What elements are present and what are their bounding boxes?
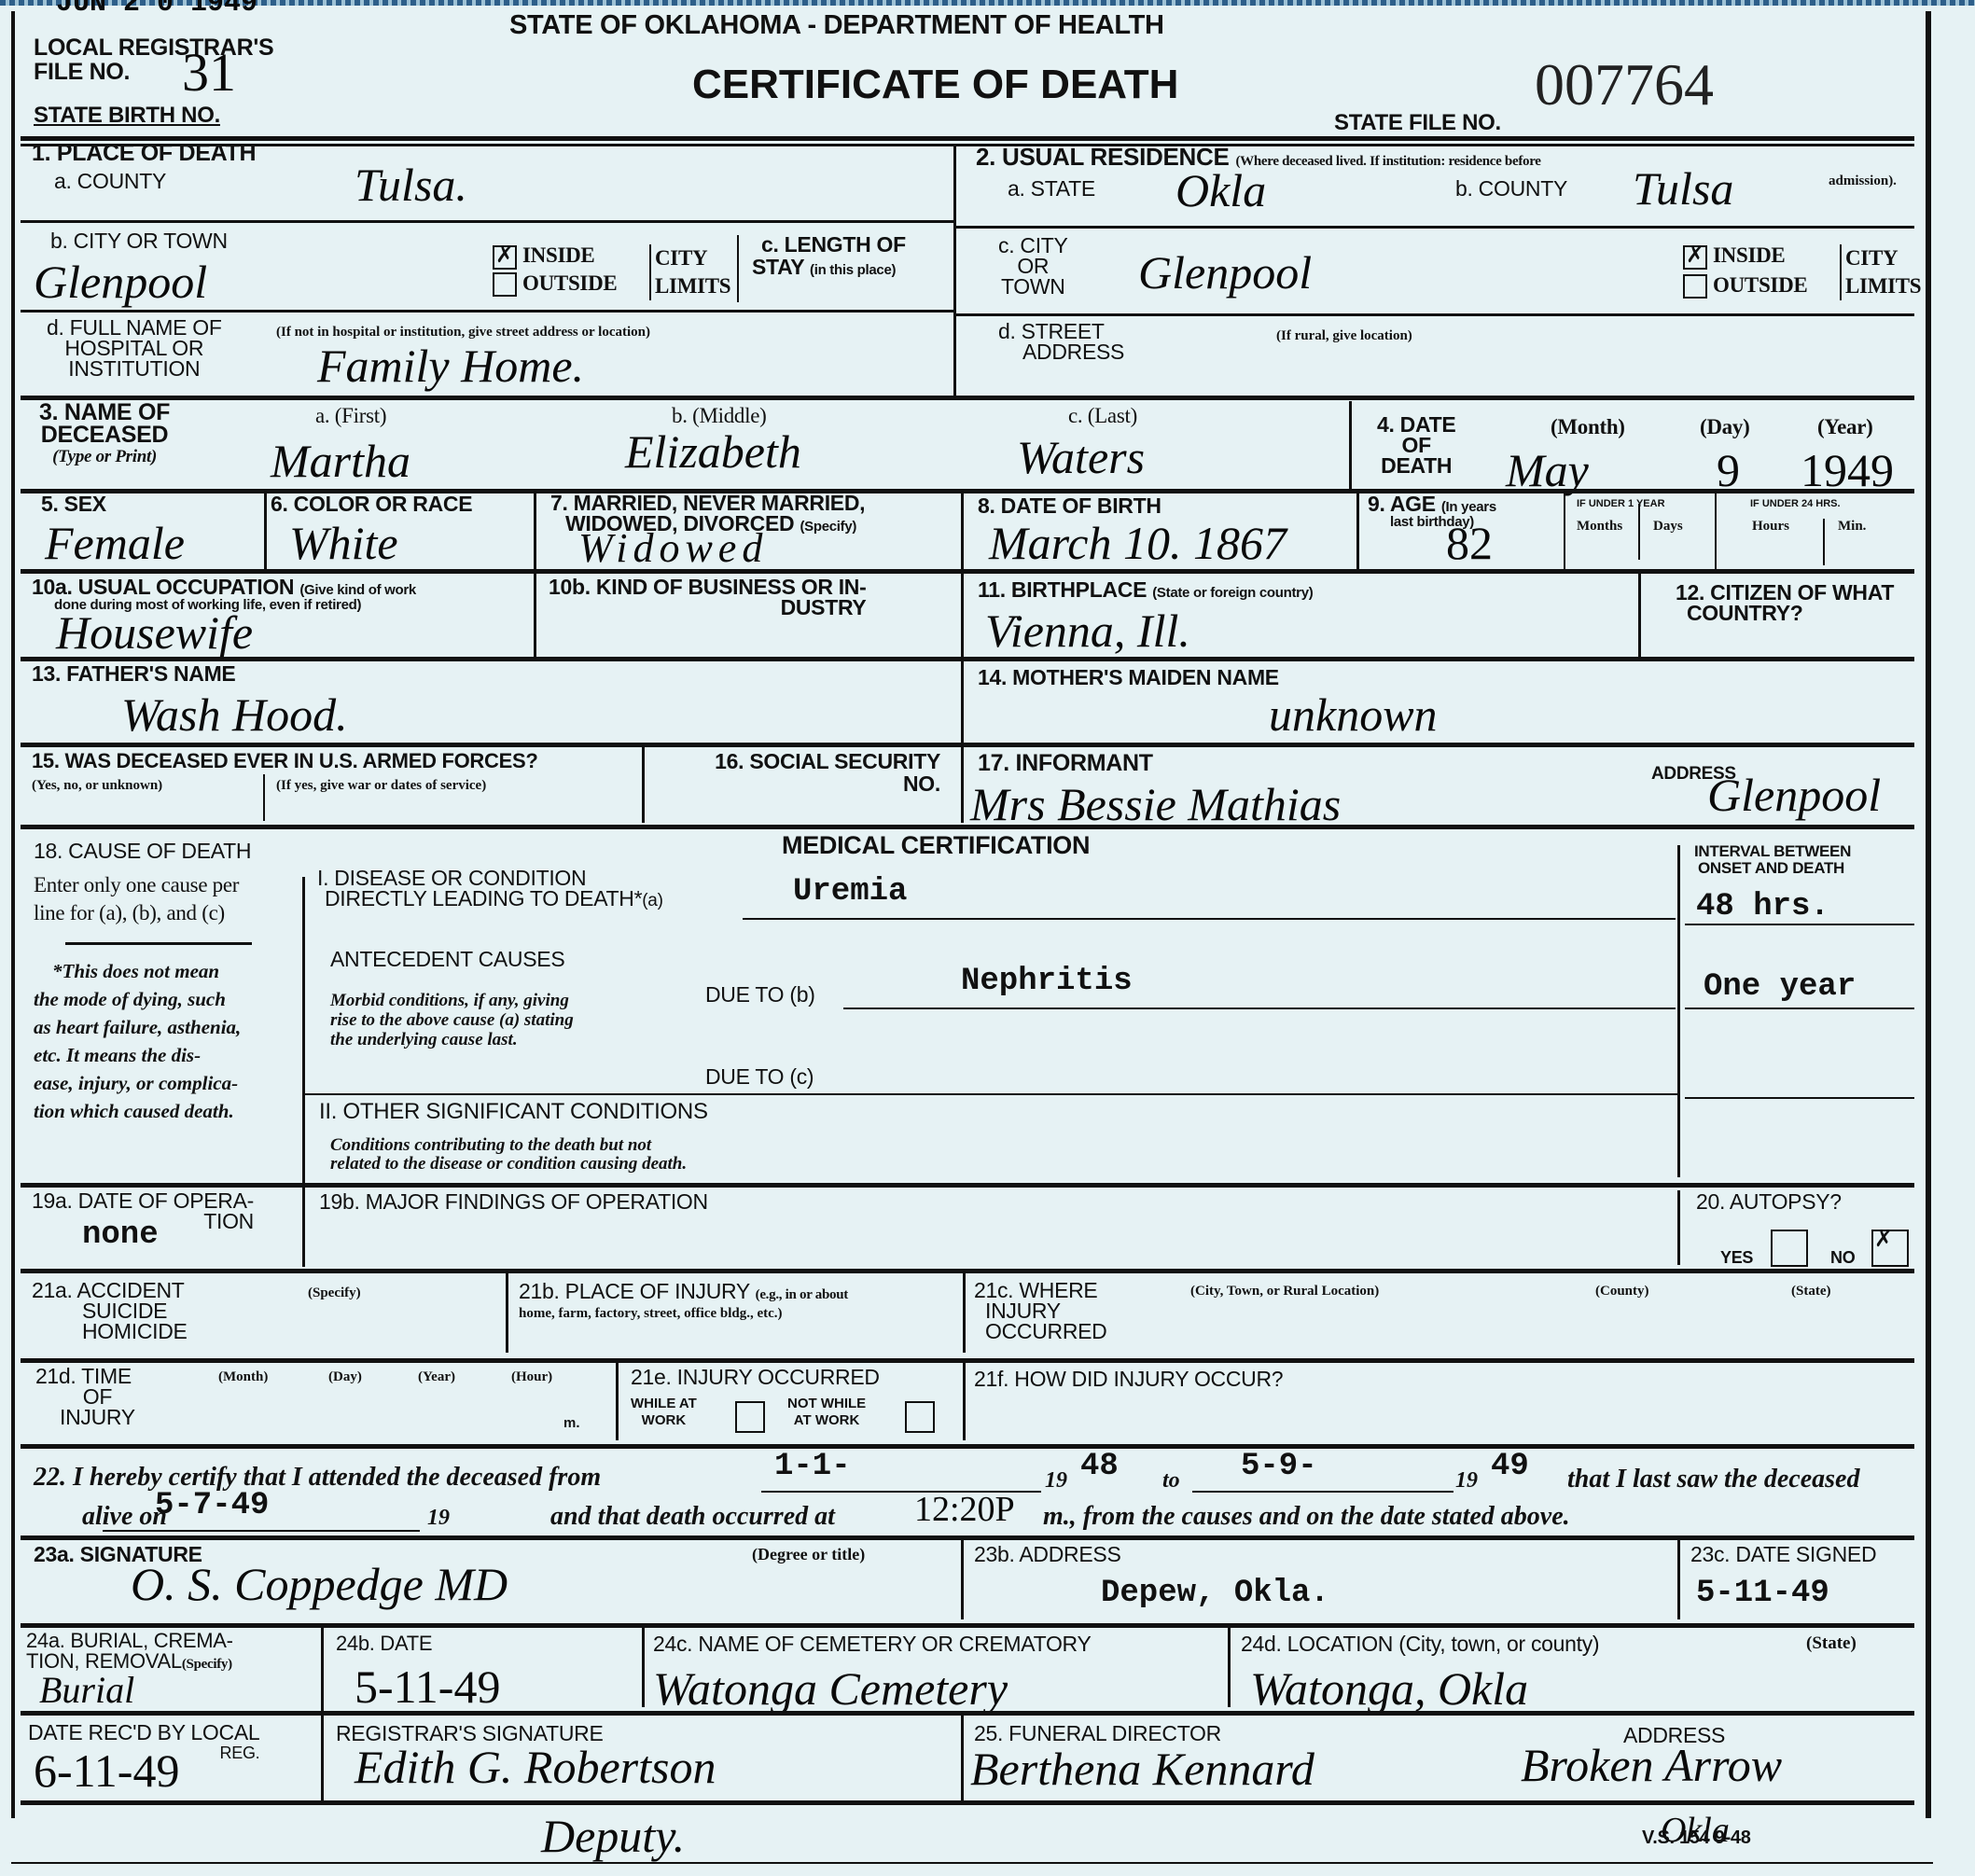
injury-day-label: (Day) <box>328 1369 362 1384</box>
certify-line-1b: that I last saw the deceased <box>1567 1465 1859 1494</box>
divider <box>642 746 645 823</box>
other-conditions-note: Conditions contributing to the death but… <box>330 1136 687 1174</box>
informant-address-value: Glenpool <box>1707 771 1881 819</box>
res-street-label: d. STREET ADDRESS <box>998 321 1124 362</box>
findings-label: 19b. MAJOR FINDINGS OF OPERATION <box>319 1190 708 1213</box>
antecedent-label: ANTECEDENT CAUSES <box>330 948 564 970</box>
medical-cert-heading: MEDICAL CERTIFICATION <box>782 834 1090 856</box>
hours-label: Hours <box>1752 519 1789 534</box>
alive-on-date: 5-7-49 <box>155 1489 269 1522</box>
outside-label: OUTSIDE <box>522 272 617 295</box>
divider <box>21 1711 1914 1716</box>
due-c-label: DUE TO (c) <box>705 1065 814 1088</box>
sex-label: 5. SEX <box>41 493 106 515</box>
res-state-value: Okla <box>1175 166 1266 215</box>
cause-label: 18. CAUSE OF DEATH <box>34 840 251 862</box>
date-of-death-label: 4. DATE OF DEATH <box>1377 414 1455 476</box>
divider <box>264 493 267 569</box>
alive-year-prefix: 19 <box>427 1506 450 1531</box>
dob-label: 8. DATE OF BIRTH <box>978 494 1161 517</box>
age-value: 82 <box>1446 519 1493 567</box>
business-label: 10b. KIND OF BUSINESS OR IN- DUSTRY <box>549 577 866 618</box>
divider <box>961 746 964 823</box>
divider <box>956 226 1914 229</box>
divider <box>1349 401 1352 489</box>
hospital-value: Family Home. <box>317 341 584 390</box>
res-outside-checkbox[interactable] <box>1683 274 1707 299</box>
citizen-label: 12. CITIZEN OF WHAT COUNTRY? <box>1676 582 1894 623</box>
other-conditions-label: II. OTHER SIGNIFICANT CONDITIONS <box>319 1101 708 1123</box>
date-received-value: 6-11-49 <box>34 1746 179 1795</box>
attended-from-date: 1-1- <box>774 1450 851 1483</box>
divider <box>302 1187 305 1267</box>
registrar-signature: Edith G. Robertson <box>355 1743 716 1791</box>
divider <box>961 493 964 744</box>
accident-specify: (Specify) <box>308 1285 361 1300</box>
birthplace-value: Vienna, Ill. <box>985 606 1190 655</box>
interval-label: INTERVAL BETWEEN ONSET AND DEATH <box>1694 843 1851 877</box>
armed-forces-label: 15. WAS DECEASED EVER IN U.S. ARMED FORC… <box>32 750 537 772</box>
burial-date-label: 24b. DATE <box>336 1633 432 1655</box>
where-injury-label: 21c. WHERE INJURY OCCURRED <box>974 1280 1107 1341</box>
injury-m-label: m. <box>563 1416 580 1431</box>
divider <box>21 144 1914 146</box>
autopsy-no-checkbox[interactable] <box>1871 1230 1909 1267</box>
registrar-deputy: Deputy. <box>541 1812 685 1860</box>
form-number: V.S. 154 9-48 <box>1642 1827 1751 1849</box>
divider <box>21 569 1914 574</box>
first-name-value: Martha <box>271 437 410 485</box>
last-label: c. (Last) <box>1068 405 1137 427</box>
not-while-at-work-label: NOT WHILE AT WORK <box>787 1396 866 1429</box>
funeral-address-value: Broken Arrow <box>1521 1741 1782 1789</box>
divider <box>21 1800 1914 1805</box>
middle-name-value: Elizabeth <box>625 427 801 476</box>
disease-label: I. DISEASE OR CONDITION DIRECTLY LEADING… <box>317 868 663 911</box>
divider <box>956 313 1914 316</box>
where-county-label: (County) <box>1595 1284 1649 1299</box>
hospital-label: d. FULL NAME OF HOSPITAL OR INSTITUTION <box>47 317 222 379</box>
length-of-stay-label: c. LENGTH OF STAY (in this place) <box>752 233 906 278</box>
accident-label: 21a. ACCIDENT SUICIDE HOMICIDE <box>32 1280 188 1341</box>
burial-location-value: Watonga, Okla <box>1250 1664 1528 1713</box>
divider <box>1677 1539 1680 1619</box>
dob-value: March 10. 1867 <box>989 519 1287 567</box>
cemetery-label: 24c. NAME OF CEMETERY OR CREMATORY <box>653 1633 1092 1655</box>
city-label: b. CITY OR TOWN <box>50 229 228 252</box>
autopsy-label: 20. AUTOPSY? <box>1696 1190 1842 1213</box>
registrar-file-no: 31 <box>182 49 236 97</box>
divider <box>1564 493 1565 569</box>
dod-day-label: (Day) <box>1700 416 1749 438</box>
cause-a-value: Uremia <box>793 875 907 909</box>
race-value: White <box>289 519 398 567</box>
divider <box>21 310 953 313</box>
divider <box>21 1623 1914 1628</box>
death-inside-checkbox[interactable] <box>493 245 517 270</box>
divider <box>103 1530 420 1532</box>
place-of-injury-note: home, farm, factory, street, office bldg… <box>519 1306 783 1321</box>
certify-line-2a: and that death occurred at <box>550 1502 835 1532</box>
dod-year-value: 1949 <box>1801 446 1894 494</box>
burial-location-label: 24d. LOCATION (City, town, or county) <box>1241 1633 1599 1655</box>
divider <box>21 1444 1914 1449</box>
to-year-prefix: 19 <box>1455 1468 1478 1494</box>
dod-month-label: (Month) <box>1551 416 1625 438</box>
divider <box>302 1093 1677 1095</box>
residence-note: admission). <box>1829 174 1897 188</box>
autopsy-yes-label: YES <box>1720 1246 1753 1269</box>
state-file-number: 007764 <box>1535 54 1714 116</box>
res-city-value: Glenpool <box>1138 248 1312 297</box>
morbid-note: Morbid conditions, if any, giving rise t… <box>330 991 574 1049</box>
agency-title: STATE OF OKLAHOMA - DEPARTMENT OF HEALTH <box>509 11 1164 39</box>
where-state-label: (State) <box>1791 1284 1830 1299</box>
autopsy-yes-checkbox[interactable] <box>1771 1230 1808 1267</box>
divider <box>21 1269 1914 1273</box>
divider <box>616 1362 619 1440</box>
divider <box>1685 924 1914 925</box>
interval-a-value: 48 hrs. <box>1696 890 1829 924</box>
res-inside-label: INSIDE <box>1713 244 1785 267</box>
divider <box>21 220 953 223</box>
divider <box>534 571 536 657</box>
divider <box>1638 571 1641 657</box>
divider <box>21 657 1914 661</box>
divider <box>1677 1190 1680 1265</box>
state-file-no-label: STATE FILE NO. <box>1334 112 1501 134</box>
dod-day-value: 9 <box>1717 446 1740 494</box>
days-label: Days <box>1653 519 1683 534</box>
under-24-label: IF UNDER 24 HRS. <box>1750 496 1841 511</box>
divider <box>21 136 1914 141</box>
father-value: Wash Hood. <box>121 690 348 739</box>
date-signed-value: 5-11-49 <box>1696 1577 1829 1610</box>
divider <box>506 1272 508 1353</box>
res-state-label: a. STATE <box>1008 177 1095 200</box>
injury-month-label: (Month) <box>218 1369 268 1384</box>
hospital-note: (If not in hospital or institution, give… <box>276 325 650 340</box>
injury-occurred-label: 21e. INJURY OCCURRED <box>631 1366 880 1388</box>
divider <box>21 1536 1914 1540</box>
divider <box>65 942 252 945</box>
how-injury-label: 21f. HOW DID INJURY OCCUR? <box>974 1368 1283 1390</box>
inside-label: INSIDE <box>522 244 594 267</box>
res-outside-label: OUTSIDE <box>1713 274 1807 297</box>
father-label: 13. FATHER'S NAME <box>32 662 235 685</box>
place-of-death-label: 1. PLACE OF DEATH <box>32 142 256 164</box>
divider <box>1685 1007 1914 1009</box>
middle-label: b. (Middle) <box>672 405 766 427</box>
degree-label: (Degree or title) <box>752 1547 865 1562</box>
divider <box>961 1539 964 1619</box>
attended-to-date: 5-9- <box>1241 1450 1317 1483</box>
divider <box>263 774 265 821</box>
certify-line-1: 22. I hereby certify that I attended the… <box>34 1463 601 1493</box>
not-while-at-work-checkbox[interactable] <box>905 1401 935 1433</box>
divider <box>21 743 1914 747</box>
form-frame <box>11 11 1931 1818</box>
security-strip <box>0 0 1975 6</box>
armed-war-note: (If yes, give war or dates of service) <box>276 778 486 793</box>
due-b-label: DUE TO (b) <box>705 983 815 1006</box>
dod-year-label: (Year) <box>1817 416 1873 438</box>
name-label: 3. NAME OF DECEASED (Type or Print) <box>39 401 170 468</box>
from-year-prefix: 19 <box>1045 1468 1067 1494</box>
informant-value: Mrs Bessie Mathias <box>970 780 1341 828</box>
interval-b-value: One year <box>1704 970 1856 1004</box>
mother-label: 14. MOTHER'S MAIDEN NAME <box>978 666 1279 688</box>
cause-b-value: Nephritis <box>961 965 1133 998</box>
death-city-value: Glenpool <box>34 257 207 306</box>
res-county-label: b. COUNTY <box>1455 177 1567 200</box>
operation-date-value: none <box>82 1218 159 1252</box>
while-at-work-label: WHILE AT WORK <box>631 1396 697 1429</box>
res-county-value: Tulsa <box>1633 164 1733 213</box>
death-outside-checkbox[interactable] <box>493 272 517 297</box>
attended-to-year: 49 <box>1491 1450 1529 1483</box>
divider <box>843 1007 1676 1009</box>
death-time-value: 12:20P <box>914 1485 1015 1534</box>
res-city-label: c. CITY OR TOWN <box>998 235 1068 297</box>
divider <box>11 1862 1933 1864</box>
state-birth-no-label: STATE BIRTH NO. <box>34 104 220 127</box>
under-1-year-label: IF UNDER 1 YEAR <box>1577 496 1665 511</box>
divider <box>1228 1627 1231 1707</box>
funeral-director-label: 25. FUNERAL DIRECTOR <box>974 1722 1221 1744</box>
physician-signature: O. S. Coppedge MD <box>131 1560 508 1608</box>
informant-label: 17. INFORMANT <box>978 752 1153 774</box>
sex-value: Female <box>45 519 185 567</box>
dod-month-value: May <box>1506 446 1589 494</box>
where-city-label: (City, Town, or Rural Location) <box>1190 1284 1379 1299</box>
attended-from-year: 48 <box>1080 1450 1119 1483</box>
autopsy-no-label: NO <box>1830 1246 1855 1269</box>
certificate-title: CERTIFICATE OF DEATH <box>692 63 1178 106</box>
res-inside-checkbox[interactable] <box>1683 245 1707 270</box>
physician-address-label: 23b. ADDRESS <box>974 1543 1120 1565</box>
race-label: 6. COLOR OR RACE <box>271 493 472 515</box>
physician-address-value: Depew, Okla. <box>1101 1577 1329 1610</box>
months-label: Months <box>1577 519 1622 534</box>
min-label: Min. <box>1838 519 1866 534</box>
burial-value: Burial <box>39 1666 134 1715</box>
burial-date-value: 5-11-49 <box>355 1662 500 1711</box>
divider <box>953 146 956 396</box>
divider <box>963 1362 966 1440</box>
mother-value: unknown <box>1269 690 1438 739</box>
divider <box>1356 493 1359 569</box>
divider <box>1715 493 1717 569</box>
injury-hour-label: (Hour) <box>511 1369 552 1384</box>
county-label: a. COUNTY <box>54 170 166 192</box>
divider <box>1685 1097 1914 1099</box>
registrar-label: LOCAL REGISTRAR'S FILE NO. <box>34 35 273 84</box>
divider <box>963 1272 966 1353</box>
last-name-value: Waters <box>1017 433 1145 481</box>
first-label: a. (First) <box>315 405 386 427</box>
while-at-work-checkbox[interactable] <box>735 1401 765 1433</box>
city-limits-label: CITY LIMITS <box>649 244 730 300</box>
divider <box>642 1627 645 1707</box>
divider <box>21 1358 1914 1363</box>
divider <box>21 396 1914 400</box>
death-county-value: Tulsa. <box>355 160 467 209</box>
birthplace-label: 11. BIRTHPLACE (State or foreign country… <box>978 578 1313 601</box>
injury-year-label: (Year) <box>418 1369 455 1384</box>
divider <box>743 918 1676 920</box>
certify-line-2b: m., from the causes and on the date stat… <box>1043 1502 1570 1532</box>
divider <box>1677 845 1680 1177</box>
place-of-injury-label: 21b. PLACE OF INJURY (e.g., in or about <box>519 1280 848 1302</box>
marital-value: Widowed <box>578 524 768 573</box>
divider <box>1192 1491 1453 1493</box>
divider <box>302 877 305 1185</box>
divider <box>534 493 536 569</box>
to-word: to <box>1162 1468 1180 1494</box>
cemetery-value: Watonga Cemetery <box>653 1664 1008 1713</box>
ssn-label: 16. SOCIAL SECURITY NO. <box>661 750 940 795</box>
funeral-director-value: Berthena Kennard <box>970 1744 1314 1793</box>
divider <box>1638 504 1640 560</box>
cause-note: Enter only one cause per line for (a), (… <box>34 871 239 927</box>
date-signed-label: 23c. DATE SIGNED <box>1690 1543 1876 1565</box>
cause-footnote: *This does not mean the mode of dying, s… <box>34 957 241 1125</box>
divider <box>1823 519 1825 565</box>
burial-state-label: (State) <box>1806 1636 1857 1651</box>
divider <box>737 235 739 302</box>
time-of-injury-label: 21d. TIME OF INJURY <box>32 1366 135 1427</box>
divider <box>961 1711 964 1800</box>
occupation-value: Housewife <box>56 608 253 657</box>
res-street-note: (If rural, give location) <box>1276 328 1412 343</box>
divider <box>21 825 1914 829</box>
armed-yn-note: (Yes, no, or unknown) <box>32 778 162 793</box>
res-city-limits: CITY LIMITS <box>1840 244 1921 300</box>
